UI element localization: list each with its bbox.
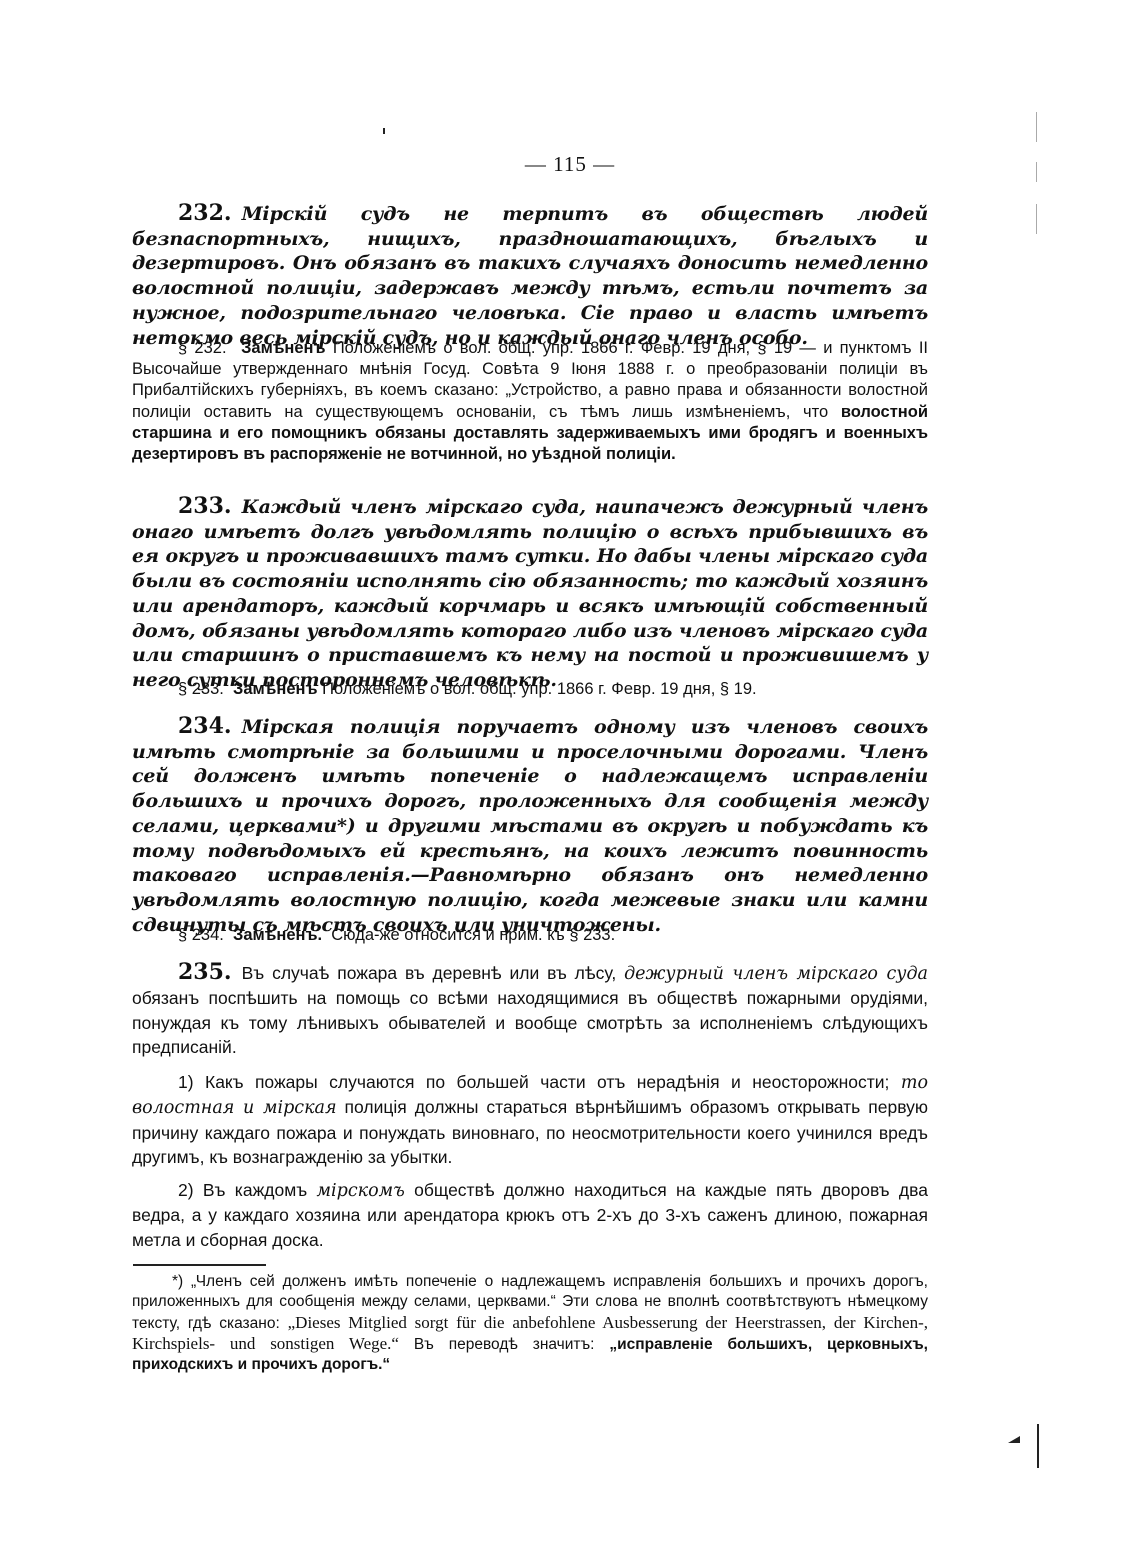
footnote: *) „Членъ сей долженъ имѣть попеченіе о … (132, 1272, 928, 1375)
article-232-note: § 232. Замѣненъ Положеніемъ о вол. общ. … (132, 338, 928, 465)
article-235-item-1: 1) Какъ пожары случаются по большей част… (132, 1070, 928, 1170)
note-keyword: Замѣненъ (233, 680, 317, 698)
scan-edge-line (1037, 1424, 1039, 1468)
article-number: 235. (178, 959, 232, 985)
book-page: — 115 — 232.Мірскій судъ не терпитъ въ о… (0, 0, 1140, 1562)
article-234: 234.Мірская полиція поручаетъ одному изъ… (132, 714, 928, 937)
article-text: Мірская полиція поручаетъ одному изъ чле… (132, 716, 928, 936)
note-keyword: Замѣненъ. (233, 926, 322, 944)
article-233-note: § 233. Замѣненъ Положеніемъ о вол. общ. … (132, 679, 928, 700)
article-text-part: Въ случаѣ пожара въ деревнѣ или въ лѣсу, (242, 963, 625, 983)
article-text-italic: дежурный членъ мірскаго суда (624, 964, 928, 984)
item-text-part: Въ каждомъ (203, 1180, 317, 1200)
article-234-note: § 234. Замѣненъ. Сюда-же относится и при… (132, 925, 928, 946)
article-text-part: обязанъ поспѣшить на помощь со всѣми нах… (132, 988, 928, 1057)
article-number: 232. (178, 200, 232, 226)
article-235-item-2: 2) Въ каждомъ мірскомъ обществѣ должно н… (132, 1178, 928, 1252)
article-number: 234. (178, 713, 232, 739)
note-text: Положеніемъ о вол. общ. упр. 1866 г. Фев… (322, 680, 757, 698)
note-ref: § 232. (178, 339, 227, 357)
note-keyword: Замѣненъ (241, 339, 325, 357)
page-number: — 115 — (0, 152, 1140, 177)
scan-mark (1008, 1436, 1020, 1443)
footnote-translation-label: Въ переводѣ значитъ: (414, 1336, 595, 1353)
footnote-rule (133, 1264, 266, 1266)
article-text: Мірскій судъ не терпитъ въ обществѣ люде… (132, 203, 928, 349)
note-ref: § 234. (178, 926, 224, 944)
scan-margin-dash (1036, 162, 1037, 182)
item-text-italic: мірскомъ (317, 1181, 405, 1201)
scan-speck (383, 128, 385, 134)
article-233: 233.Каждый членъ мірскаго суда, наипачеж… (132, 494, 928, 693)
note-ref: § 233. (178, 680, 224, 698)
item-label: 1) (178, 1072, 194, 1092)
scan-margin-dash (1036, 112, 1037, 142)
article-text: Каждый членъ мірскаго суда, наипачежъ де… (132, 496, 928, 691)
article-232: 232.Мірскій судъ не терпитъ въ обществѣ … (132, 201, 928, 350)
item-label: 2) (178, 1180, 194, 1200)
item-text-part: Какъ пожары случаются по большей части о… (205, 1072, 901, 1092)
article-235: 235.Въ случаѣ пожара въ деревнѣ или въ л… (132, 960, 928, 1060)
scan-margin-dash (1036, 204, 1037, 234)
article-number: 233. (178, 493, 232, 519)
footnote-marker: *) (172, 1273, 183, 1290)
note-text: Сюда-же относится и прим. къ § 233. (331, 926, 615, 944)
